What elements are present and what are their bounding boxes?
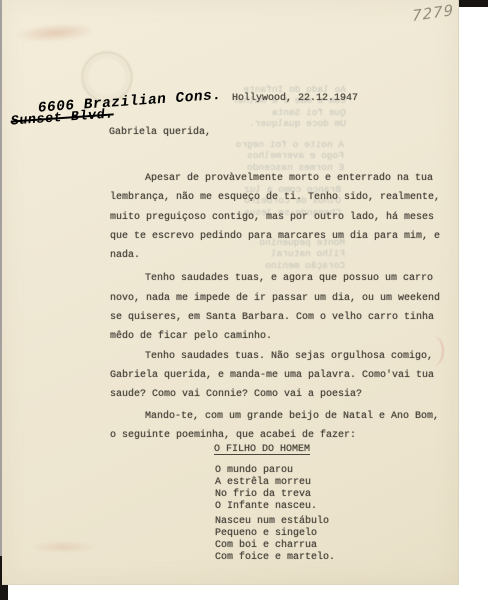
dateline: Hollywood, 22.12.1947 (232, 92, 358, 106)
poem-stanza: Nasceu num estábulo Pequeno e singelo Co… (215, 516, 466, 563)
letter-paragraph: Mando-te, com um grande beijo de Natal e… (110, 407, 466, 446)
letter-paragraph: Tenho saudades tuas. Não sejas orgulhosa… (110, 347, 466, 405)
bleed-through-text: Ao lado do Infante Com a mãe e a mulher … (228, 84, 346, 129)
letter-paragraph: Tenho saudades tuas, e agora que possuo … (110, 269, 466, 346)
letter-body: Apesar de provàvelmente morto e enterrad… (110, 169, 466, 564)
letter-paragraph: Apesar de provàvelmente morto e enterrad… (110, 169, 466, 265)
scan-artifact-strip-top (459, 0, 488, 7)
letter-paper: Ao lado do Infante Com a mãe e a mulher … (2, 0, 459, 585)
handwritten-catalog-number: 7279 (412, 1, 454, 25)
salutation: Gabriela querida, (109, 126, 211, 140)
handwritten-address: 6606 Brazilian Cons. Sunset Blvd. (9, 89, 200, 129)
paper-stain-top (13, 21, 90, 44)
scanned-letter-page: { "letter": { "dateline": "Hollywood, 22… (0, 0, 488, 600)
poem-stanza: O mundo parou A estrêla morreu No frio d… (215, 465, 466, 512)
paper-stain-bottom (30, 541, 96, 553)
bleed-through-text: A noite o foi negro Fogo e avermelhos E … (226, 139, 344, 173)
